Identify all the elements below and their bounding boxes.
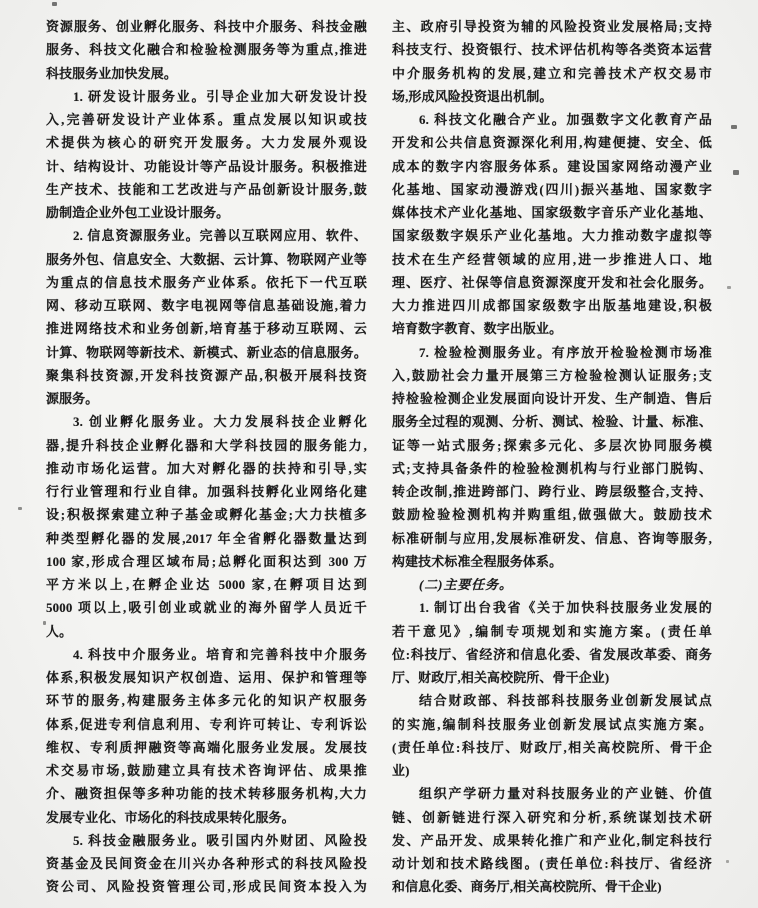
text-line: 源服务。 [46, 388, 367, 411]
text-line: 行行业管理和行业自律。加强科技孵化业网络化建 [46, 481, 367, 504]
scan-speck [18, 507, 22, 510]
text-line: 发、产品开发、成果转化推广和产业化,制定科技行 [392, 830, 712, 853]
text-line: 计、结构设计、功能设计等产品设计服务。积极推进 [46, 156, 367, 179]
text-line: 厅、财政厅,相关高校院所、骨干企业) [392, 667, 712, 690]
text-line: 持检验检测企业发展面向设计开发、生产制造、售后 [392, 388, 712, 411]
text-line: 发展专业化、市场化的科技成果转化服务。 [46, 807, 367, 830]
scan-speck [731, 125, 737, 129]
text-line: 服务、科技文化融合和检验检测服务等为重点,推进 [46, 39, 367, 62]
text-line: 资源服务、创业孵化服务、科技中介服务、科技金融 [46, 16, 367, 39]
text-line: 为重点的信息技术服务产业体系。依托下一代互联 [46, 272, 367, 295]
text-line: 推进网络技术和业务创新,培育基于移动互联网、云 [46, 318, 367, 341]
text-line: 5000 项以上,吸引创业或就业的海外留学人员近千 [46, 597, 367, 620]
text-line: 培育数字教育、数字出版业。 [392, 318, 712, 341]
text-line: 设;积极探索建立种子基金或孵化基金;大力扶植多 [46, 504, 367, 527]
text-line: 转企改制,推进跨部门、跨行业、跨层级整合,支持、 [392, 481, 712, 504]
text-line: 聚集科技资源,开发科技资源产品,积极开展科技资 [46, 365, 367, 388]
text-line: 6. 科技文化融合产业。加强数字文化教育产品 [392, 109, 712, 132]
text-line: 科技服务业加快发展。 [46, 63, 367, 86]
text-column-left: 资源服务、创业孵化服务、科技中介服务、科技金融服务、科技文化融合和检验检测服务等… [46, 16, 367, 900]
text-line: 组织产学研力量对科技服务业的产业链、价值 [392, 783, 712, 806]
text-line: 入,鼓励社会力量开展第三方检验检测认证服务;支 [392, 365, 712, 388]
text-line: 主、政府引导投资为辅的风险投资业发展格局;支持 [392, 16, 712, 39]
text-line: 科技支行、投资银行、技术评估机构等各类资本运营 [392, 39, 712, 62]
text-line: 国家级数字娱乐产业化基地。大力推动数字虚拟等 [392, 225, 712, 248]
text-line: 式;支持具备条件的检验检测机构与行业部门脱钩、 [392, 458, 712, 481]
text-line: 服务外包、信息安全、大数据、云计算、物联网产业等 [46, 249, 367, 272]
text-line: 结合财政部、科技部科技服务业创新发展试点 [392, 690, 712, 713]
scan-speck [43, 621, 46, 625]
text-line: 人。 [46, 621, 367, 644]
text-line: 媒体技术产业化基地、国家级数字音乐产业化基地、 [392, 202, 712, 225]
scan-speck [52, 2, 57, 6]
text-line: 生产技术、技能和工艺改进与产品创新设计服务,鼓 [46, 179, 367, 202]
text-line: 大力推进四川成都国家级数字出版基地建设,积极 [392, 295, 712, 318]
text-line: 的实施,编制科技服务业创新发展试点实施方案。 [392, 714, 712, 737]
text-line: 1. 研发设计服务业。引导企业加大研发设计投 [46, 86, 367, 109]
text-line: 网、移动互联网、数字电视网等信息基础设施,着力 [46, 295, 367, 318]
text-line: 开发和公共信息资源深化利用,构建便捷、安全、低 [392, 132, 712, 155]
text-column-right: 主、政府引导投资为辅的风险投资业发展格局;支持科技支行、投资银行、技术评估机构等… [392, 16, 712, 900]
text-line: 技术在生产经营领域的应用,进一步推进人口、地 [392, 249, 712, 272]
text-line: 环节的服务,构建服务主体多元化的知识产权服务 [46, 690, 367, 713]
text-line: 4. 科技中介服务业。培育和完善科技中介服务 [46, 644, 367, 667]
text-line: 场,形成风险投资退出机制。 [392, 86, 712, 109]
text-line: 构建技术标准全程服务体系。 [392, 551, 712, 574]
text-line: 证等一站式服务;探索多元化、多层次协同服务模 [392, 435, 712, 458]
text-line: 理、医疗、社保等信息资源深度开发和社会化服务。 [392, 272, 712, 295]
text-line: 器,提升科技企业孵化器和大学科技园的服务能力, [46, 435, 367, 458]
text-line: (责任单位:科技厅、财政厅,相关高校院所、骨干企 [392, 737, 712, 760]
text-line: 资公司、风险投资管理公司,形成民间资本投入为 [46, 876, 367, 899]
text-line: 维权、专利质押融资等高端化服务业发展。发展技 [46, 737, 367, 760]
text-line: 7. 检验检测服务业。有序放开检验检测市场准 [392, 342, 712, 365]
scan-speck [733, 170, 739, 175]
text-line: 体系,积极发展知识产权创造、运用、保护和管理等 [46, 667, 367, 690]
text-line: 中介服务机构的发展,建立和完善技术产权交易市 [392, 63, 712, 86]
text-line: 平方米以上,在孵企业达 5000 家,在孵项目达到 [46, 574, 367, 597]
text-line: 成本的数字内容服务体系。建设国家网络动漫产业 [392, 156, 712, 179]
text-line: 100 家,形成合理区域布局;总孵化面积达到 300 万 [46, 551, 367, 574]
text-line: 业) [392, 760, 712, 783]
text-line: 体系,促进专利信息利用、专利许可转让、专利诉讼 [46, 714, 367, 737]
scan-speck [726, 860, 729, 863]
text-line: 位:科技厅、省经济和信息化委、省发展改革委、商务 [392, 644, 712, 667]
text-line: 计算、物联网等新技术、新模式、新业态的信息服务。 [46, 342, 367, 365]
text-line: 介、融资担保等多种功能的技术转移服务机构,大力 [46, 783, 367, 806]
text-line: 化基地、国家动漫游戏(四川)振兴基地、国家数字 [392, 179, 712, 202]
section-heading: (二)主要任务。 [392, 574, 712, 597]
text-line: 服务全过程的观测、分析、测试、检验、计量、标准、认 [392, 411, 712, 434]
text-line: 动计划和技术路线图。(责任单位:科技厅、省经济 [392, 853, 712, 876]
text-line: 链、创新链进行深入研究和分析,系统谋划技术研 [392, 807, 712, 830]
text-line: 若干意见》,编制专项规划和实施方案。(责任单 [392, 621, 712, 644]
scan-speck [727, 286, 731, 289]
text-line: 术提供为核心的研究开发服务。大力发展外观设 [46, 132, 367, 155]
text-line: 3. 创业孵化服务业。大力发展科技企业孵化 [46, 411, 367, 434]
text-line: 资基金及民间资金在川兴办各种形式的科技风险投 [46, 853, 367, 876]
text-line: 2. 信息资源服务业。完善以互联网应用、软件、 [46, 225, 367, 248]
text-line: 入,完善研发设计产业体系。重点发展以知识或技 [46, 109, 367, 132]
text-line: 1. 制订出台我省《关于加快科技服务业发展的 [392, 597, 712, 620]
text-line: 5. 科技金融服务业。吸引国内外财团、风险投 [46, 830, 367, 853]
text-line: 鼓励检验检测机构并购重组,做强做大。鼓励技术 [392, 504, 712, 527]
scan-speck [544, 52, 546, 54]
text-line: 种类型孵化器的发展,2017 年全省孵化器数量达到 [46, 528, 367, 551]
text-line: 推动市场化运营。加大对孵化器的扶持和引导,实 [46, 458, 367, 481]
scanned-document-page: 资源服务、创业孵化服务、科技中介服务、科技金融服务、科技文化融合和检验检测服务等… [0, 0, 758, 908]
text-line: 励制造企业外包工业设计服务。 [46, 202, 367, 225]
text-line: 标准研制与应用,发展标准研发、信息、咨询等服务, [392, 528, 712, 551]
text-line: 和信息化委、商务厅,相关高校院所、骨干企业) [392, 876, 712, 899]
text-line: 术交易市场,鼓励建立具有技术咨询评估、成果推 [46, 760, 367, 783]
